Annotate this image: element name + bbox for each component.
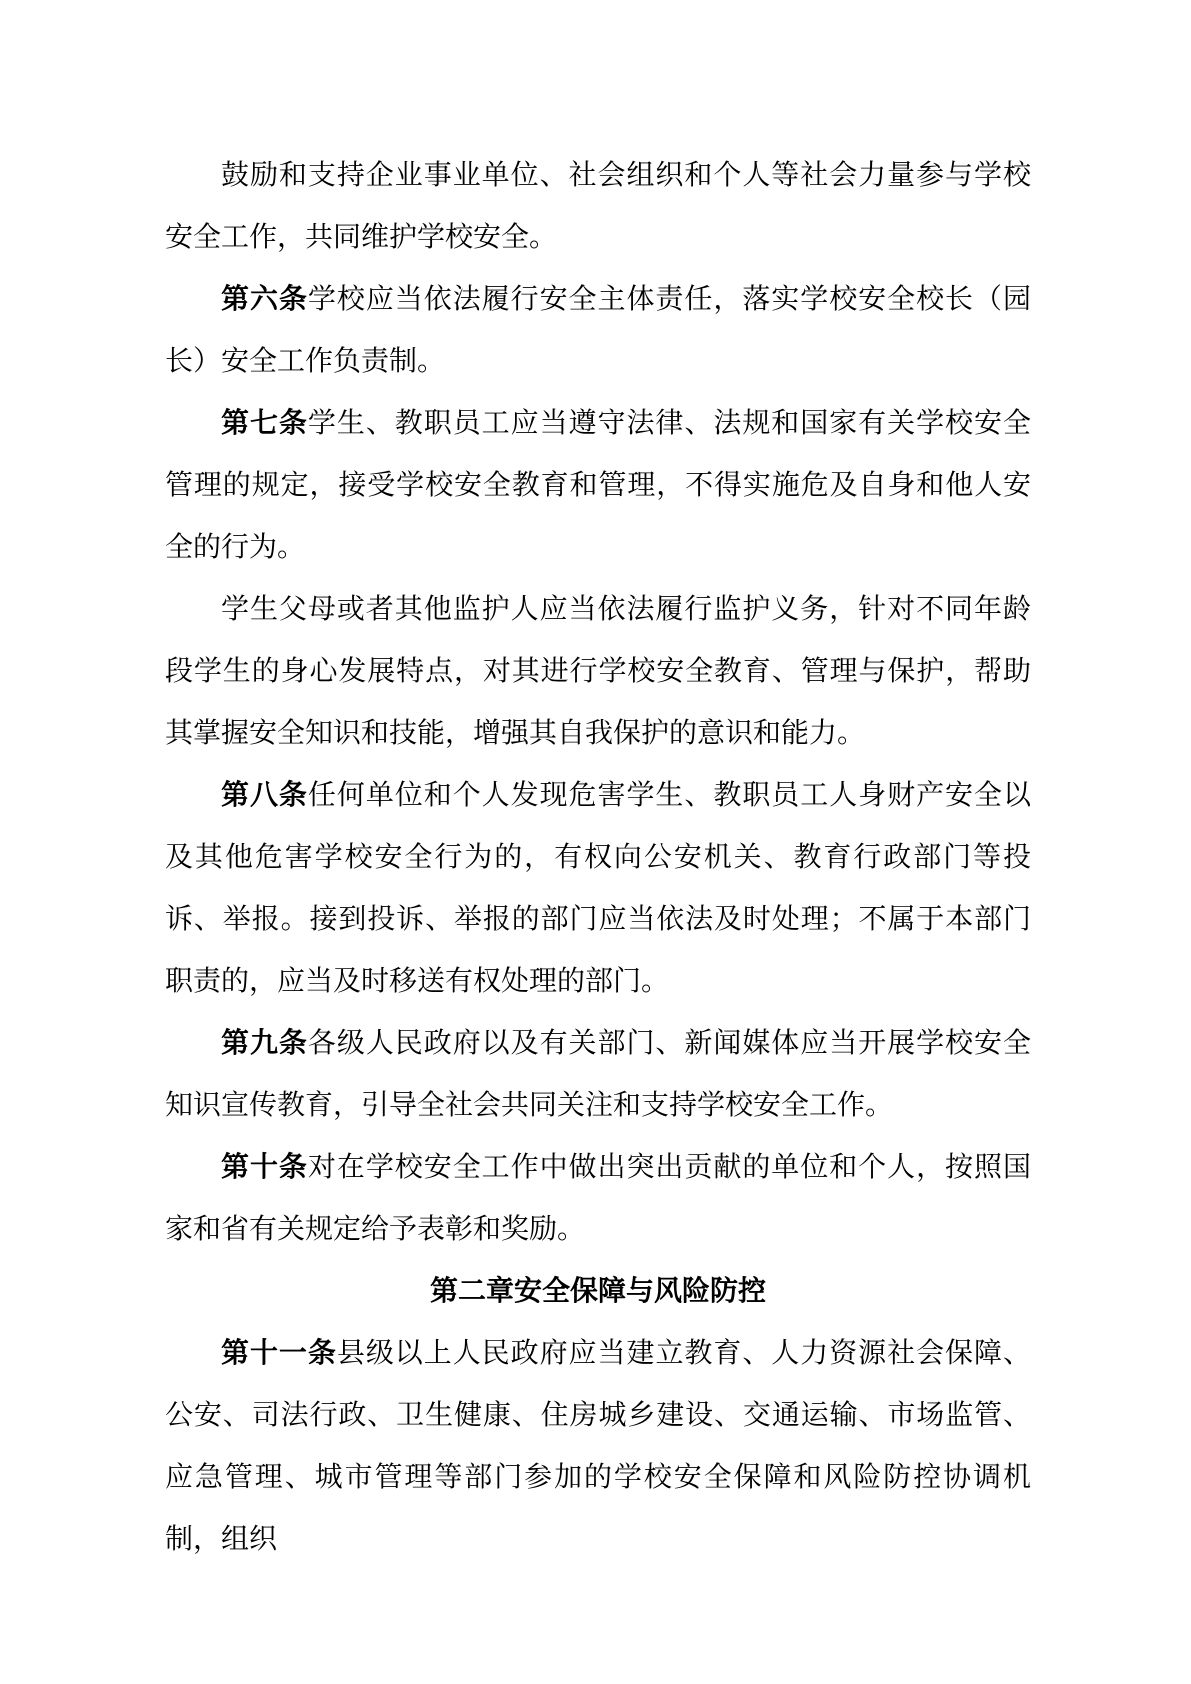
article-number: 第六条: [221, 283, 308, 314]
paragraph: 鼓励和支持企业事业单位、社会组织和个人等社会力量参与学校安全工作，共同维护学校安…: [165, 144, 1031, 268]
article-number: 第九条: [221, 1027, 308, 1058]
paragraph: 第七条学生、教职员工应当遵守法律、法规和国家有关学校安全管理的规定，接受学校安全…: [165, 392, 1031, 578]
paragraph-text: 学生父母或者其他监护人应当依法履行监护义务，针对不同年龄段学生的身心发展特点，对…: [165, 593, 1031, 748]
chapter-heading: 第二章安全保障与风险防控: [165, 1260, 1031, 1322]
paragraph: 第六条学校应当依法履行安全主体责任，落实学校安全校长（园长）安全工作负责制。: [165, 268, 1031, 392]
paragraph: 第九条各级人民政府以及有关部门、新闻媒体应当开展学校安全知识宣传教育，引导全社会…: [165, 1012, 1031, 1136]
paragraph: 学生父母或者其他监护人应当依法履行监护义务，针对不同年龄段学生的身心发展特点，对…: [165, 578, 1031, 764]
article-number: 第十一条: [221, 1337, 337, 1368]
paragraph: 第八条任何单位和个人发现危害学生、教职员工人身财产安全以及其他危害学校安全行为的…: [165, 764, 1031, 1012]
paragraph: 第十条对在学校安全工作中做出突出贡献的单位和个人，按照国家和省有关规定给予表彰和…: [165, 1136, 1031, 1260]
article-number: 第十条: [221, 1151, 308, 1182]
article-number: 第八条: [221, 779, 308, 810]
paragraph-text: 鼓励和支持企业事业单位、社会组织和个人等社会力量参与学校安全工作，共同维护学校安…: [165, 159, 1031, 252]
paragraph: 第十一条县级以上人民政府应当建立教育、人力资源社会保障、公安、司法行政、卫生健康…: [165, 1322, 1031, 1570]
document-content: 鼓励和支持企业事业单位、社会组织和个人等社会力量参与学校安全工作，共同维护学校安…: [165, 144, 1031, 1570]
article-number: 第七条: [221, 407, 308, 438]
paragraph-text: 县级以上人民政府应当建立教育、人力资源社会保障、公安、司法行政、卫生健康、住房城…: [165, 1337, 1031, 1554]
paragraph-text: 任何单位和个人发现危害学生、教职员工人身财产安全以及其他危害学校安全行为的，有权…: [165, 779, 1031, 996]
document-page: 鼓励和支持企业事业单位、社会组织和个人等社会力量参与学校安全工作，共同维护学校安…: [0, 0, 1191, 1684]
